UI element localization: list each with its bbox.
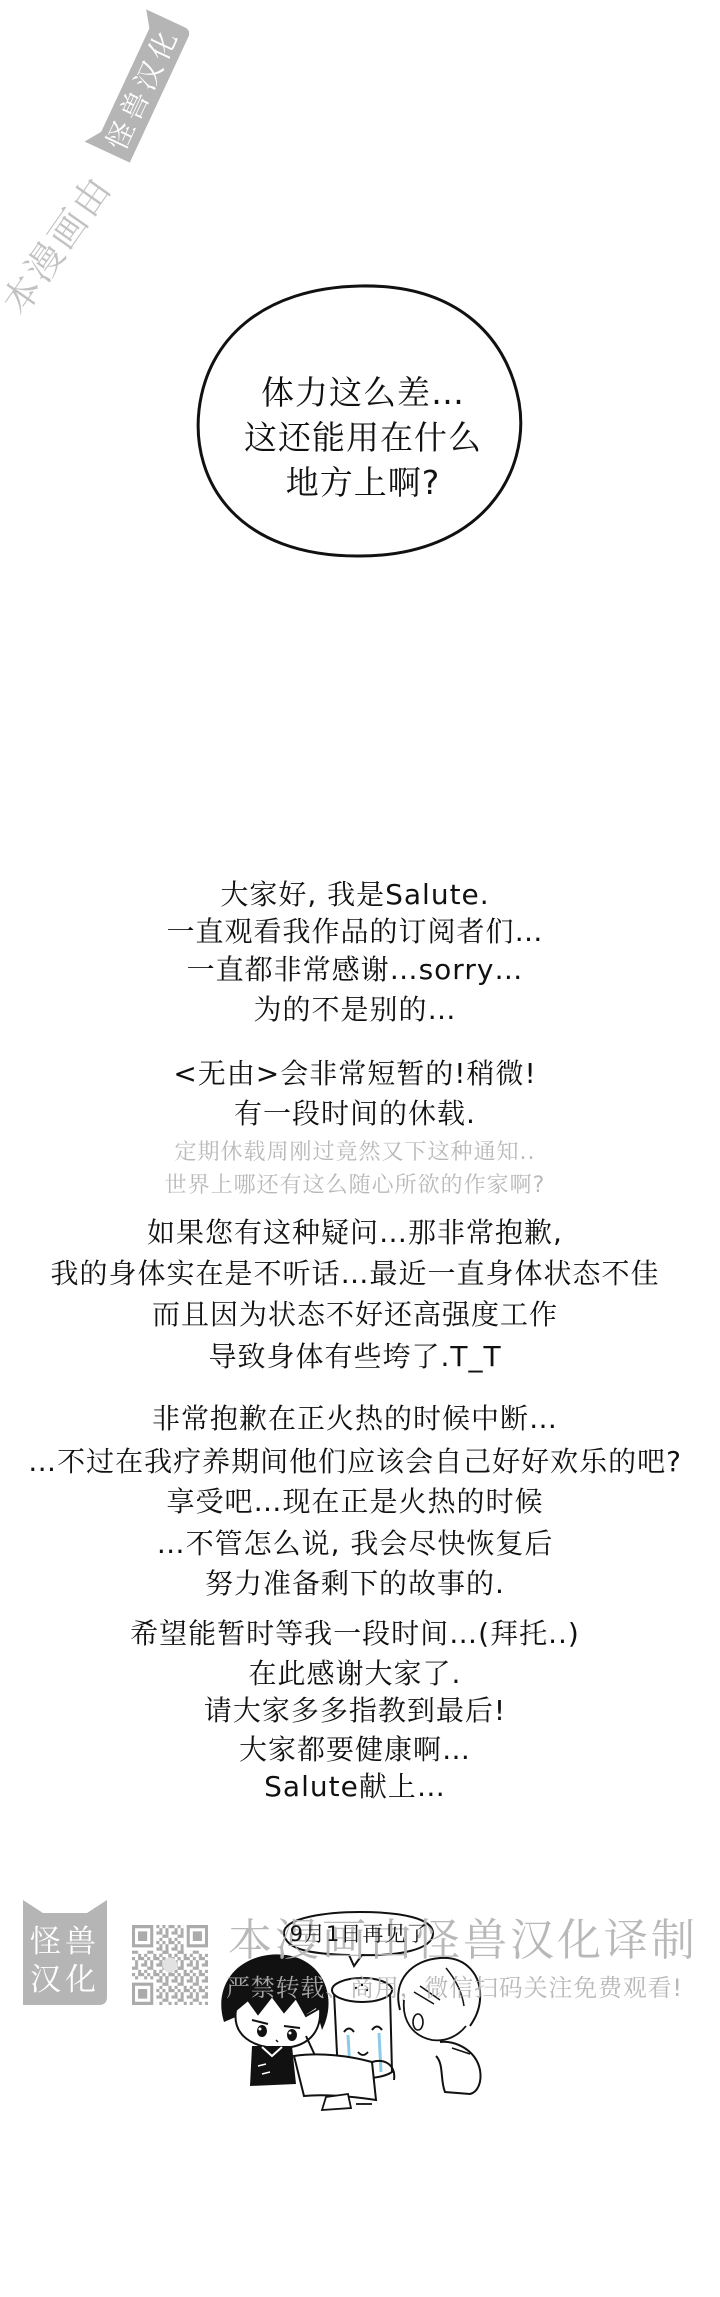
note-line: 一直都非常感谢…sorry…	[0, 951, 710, 989]
note-line: 非常抱歉在正火热的时候中断…	[0, 1400, 710, 1438]
note-line: 而且因为状态不好还高强度工作	[0, 1296, 710, 1334]
note-signature: Salute献上…	[0, 1768, 710, 1806]
note-line: 大家都要健康啊…	[0, 1731, 710, 1769]
note-aside-line: 定期休载周刚过竟然又下这种通知..	[0, 1138, 710, 1168]
logo-text-row1: 怪兽	[23, 1924, 107, 1960]
note-line: …不管怎么说, 我会尽快恢复后	[0, 1525, 710, 1563]
note-line: 一直观看我作品的订阅者们…	[0, 913, 710, 951]
note-line: 努力准备剩下的故事的.	[0, 1565, 710, 1603]
chibi-speech-text: 9月1日再见了	[284, 1919, 434, 1949]
group-logo: 怪兽 汉化	[23, 1900, 107, 2005]
logo-text-row2: 汉化	[23, 1962, 107, 1998]
note-line: 为的不是别的…	[0, 991, 710, 1029]
note-line: 导致身体有些垮了.T_T	[0, 1338, 710, 1376]
note-line: …不过在我疗养期间他们应该会自己好好欢乐的吧?	[0, 1443, 710, 1481]
qr-code-icon	[132, 1925, 208, 2005]
note-line: 如果您有这种疑问…那非常抱歉,	[0, 1214, 710, 1252]
note-line: 在此感谢大家了.	[0, 1655, 710, 1693]
note-line: 请大家多多指教到最后!	[0, 1692, 710, 1730]
note-line: 希望能暂时等我一段时间…(拜托..)	[0, 1615, 710, 1653]
note-aside-line: 世界上哪还有这么随心所欲的作家啊?	[0, 1171, 710, 1201]
repost-notice: 严禁转载、商用，微信扫码关注免费观看!	[226, 1973, 683, 2003]
author-note: 大家好, 我是Salute. 一直观看我作品的订阅者们… 一直都非常感谢…sor…	[0, 0, 710, 1820]
note-line: 享受吧…现在正是火热的时候	[0, 1483, 710, 1521]
note-line: 有一段时间的休载.	[0, 1095, 710, 1133]
note-line: 大家好, 我是Salute.	[0, 876, 710, 914]
comic-page: 怪兽汉化 本漫画由 体力这么差… 这还能用在什么 地方上啊? 大家好, 我是Sa…	[0, 0, 720, 2297]
note-line: 我的身体实在是不听话…最近一直身体状态不佳	[0, 1255, 710, 1293]
note-line: <无由>会非常短暂的!稍微!	[0, 1055, 710, 1093]
